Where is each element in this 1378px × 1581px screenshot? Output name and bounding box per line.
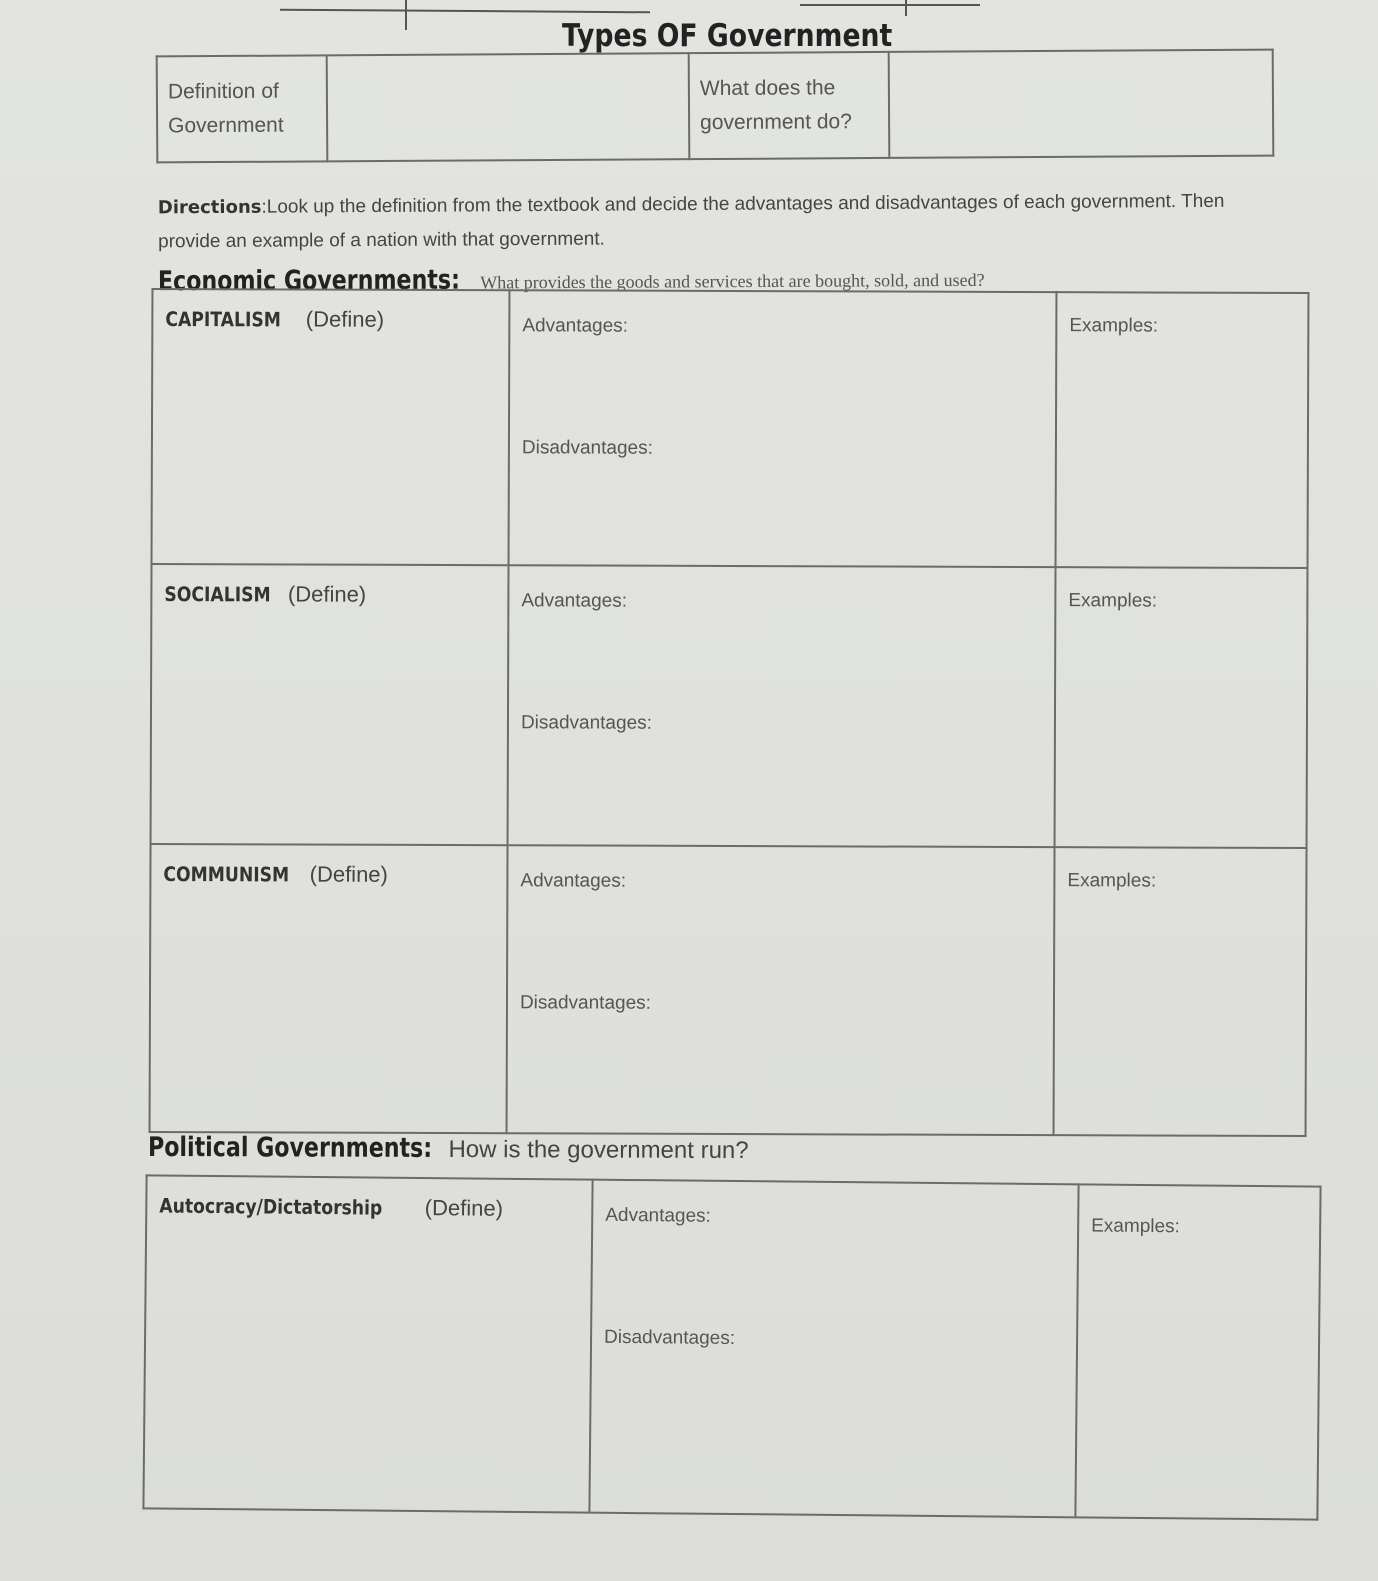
advantages-label: Advantages:	[508, 846, 1053, 894]
communism-pros-cons-cell[interactable]: Advantages: Disadvantages:	[507, 845, 1055, 1135]
socialism-pros-cons-cell[interactable]: Advantages: Disadvantages:	[508, 565, 1056, 847]
name-date-lines	[0, 0, 1378, 20]
define-hint: (Define)	[418, 1195, 503, 1221]
socialism-examples-cell[interactable]: Examples:	[1055, 567, 1308, 848]
political-question: How is the government run?	[448, 1136, 748, 1164]
worksheet-page: Types OF Government Definition of Govern…	[0, 0, 1378, 1581]
advantages-label: Advantages:	[510, 291, 1055, 339]
definition-answer-field[interactable]	[327, 53, 690, 161]
examples-label: Examples:	[1055, 848, 1305, 915]
definition-label: Definition of Government	[157, 55, 328, 162]
disadvantages-label: Disadvantages:	[508, 892, 1053, 1016]
advantages-label: Advantages:	[593, 1181, 1077, 1232]
examples-label: Examples:	[1057, 293, 1307, 360]
page-title: Types OF Government	[562, 18, 892, 54]
socialism-label: SOCIALISM	[164, 582, 270, 606]
autocracy-define-cell[interactable]: Autocracy/Dictatorship (Define)	[143, 1175, 592, 1512]
define-hint: (Define)	[300, 306, 384, 331]
communism-label: COMMUNISM	[163, 862, 289, 886]
date-line	[800, 4, 980, 6]
directions-label: Directions	[158, 197, 262, 219]
disadvantages-label: Disadvantages:	[510, 337, 1055, 461]
advantages-label: Advantages:	[509, 566, 1054, 614]
communism-examples-cell[interactable]: Examples:	[1054, 847, 1307, 1136]
table-row: CAPITALISM (Define) Advantages: Disadvan…	[152, 289, 1309, 568]
examples-label: Examples:	[1056, 568, 1306, 635]
table-row: SOCIALISM(Define) Advantages: Disadvanta…	[151, 564, 1308, 848]
table-row: COMMUNISM(Define) Advantages: Disadvanta…	[150, 844, 1307, 1136]
communism-define-cell[interactable]: COMMUNISM(Define)	[150, 844, 508, 1133]
handwriting-stroke	[905, 0, 907, 16]
capitalism-define-cell[interactable]: CAPITALISM (Define)	[152, 289, 510, 565]
role-label: What does the government do?	[689, 52, 890, 159]
autocracy-label: Autocracy/Dictatorship	[159, 1193, 382, 1219]
directions-text: :Look up the definition from the textboo…	[158, 191, 1224, 253]
examples-label: Examples:	[1079, 1185, 1320, 1261]
capitalism-pros-cons-cell[interactable]: Advantages: Disadvantages:	[509, 290, 1057, 567]
autocracy-examples-cell[interactable]: Examples:	[1075, 1184, 1320, 1519]
political-heading: Political Governments:	[148, 1132, 432, 1164]
political-section-heading: Political Governments:How is the governm…	[148, 1132, 749, 1165]
table-row: Autocracy/Dictatorship (Define) Advantag…	[143, 1175, 1320, 1519]
capitalism-examples-cell[interactable]: Examples:	[1056, 292, 1309, 568]
define-hint: (Define)	[310, 862, 388, 887]
socialism-define-cell[interactable]: SOCIALISM(Define)	[151, 564, 509, 845]
role-answer-field[interactable]	[889, 50, 1274, 158]
definition-table: Definition of Government What does the g…	[156, 49, 1275, 164]
directions: Directions:Look up the definition from t…	[158, 185, 1248, 260]
economic-governments-table: CAPITALISM (Define) Advantages: Disadvan…	[149, 288, 1310, 1137]
political-governments-table: Autocracy/Dictatorship (Define) Advantag…	[142, 1174, 1321, 1520]
disadvantages-label: Disadvantages:	[592, 1227, 1077, 1354]
disadvantages-label: Disadvantages:	[509, 612, 1054, 736]
name-line	[280, 9, 650, 14]
capitalism-label: CAPITALISM	[165, 307, 281, 331]
autocracy-pros-cons-cell[interactable]: Advantages: Disadvantages:	[589, 1180, 1078, 1518]
define-hint: (Define)	[288, 581, 366, 606]
handwriting-stroke	[405, 0, 407, 30]
